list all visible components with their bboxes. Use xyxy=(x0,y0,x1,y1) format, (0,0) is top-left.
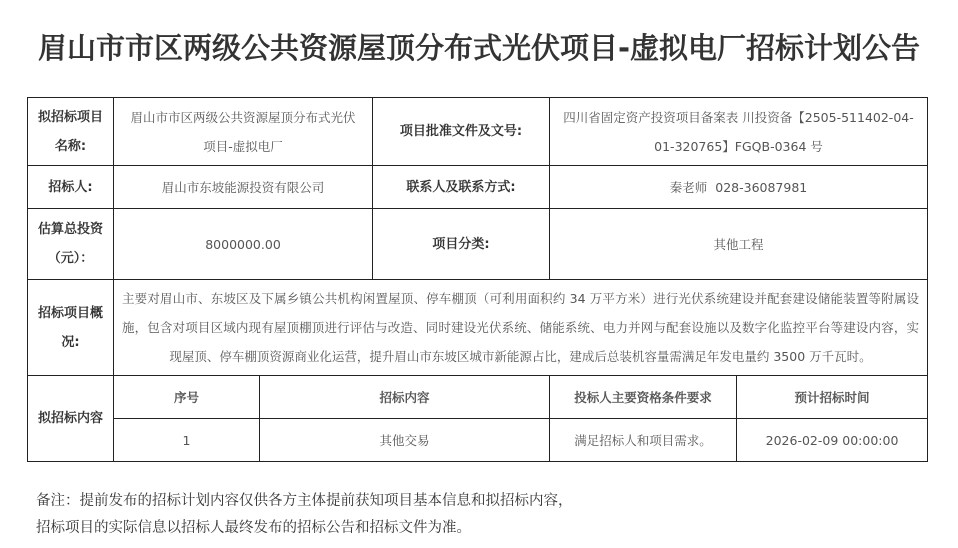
header-expected-time: 预计招标时间 xyxy=(737,376,928,419)
table-row: 1 其他交易 满足招标人和项目需求。 2026-02-09 00:00:00 xyxy=(28,419,928,462)
project-name-label: 拟招标项目 名称: xyxy=(28,98,114,166)
contact-label: 联系人及联系方式: xyxy=(373,166,550,209)
category-value: 其他工程 xyxy=(550,209,928,280)
remark-note: 备注：提前发布的招标计划内容仅供各方主体提前获知项目基本信息和拟招标内容， 招标… xyxy=(36,488,573,542)
row-project-name: 拟招标项目 名称: 眉山市市区两级公共资源屋顶分布式光伏 项目-虚拟电厂 项目批… xyxy=(28,98,928,166)
project-name-value: 眉山市市区两级公共资源屋顶分布式光伏 项目-虚拟电厂 xyxy=(114,98,373,166)
content-header-row: 拟招标内容 序号 招标内容 投标人主要资格条件要求 预计招标时间 xyxy=(28,376,928,419)
tenderer-value: 眉山市东坡能源投资有限公司 xyxy=(114,166,373,209)
investment-label: 估算总投资 （元）： xyxy=(28,209,114,280)
approval-value: 四川省固定资产投资项目备案表 川投资备【2505-511402-04- 01-3… xyxy=(550,98,928,166)
overview-value: 主要对眉山市、东坡区及下属乡镇公共机构闲置屋顶、停车棚顶（可利用面积约 34 万… xyxy=(114,280,928,376)
project-name-value-line2: 项目-虚拟电厂 xyxy=(120,132,366,161)
page-title: 眉山市市区两级公共资源屋顶分布式光伏项目-虚拟电厂招标计划公告 xyxy=(0,28,958,68)
project-name-label-line1: 拟招标项目 xyxy=(34,103,107,132)
contact-value: 秦老师 028-36087981 xyxy=(550,166,928,209)
investment-label-line1: 估算总投资 xyxy=(34,215,107,244)
cell-index: 1 xyxy=(114,419,260,462)
header-index: 序号 xyxy=(114,376,260,419)
remark-line-2: 招标项目的实际信息以招标人最终发布的招标公告和招标文件为准。 xyxy=(36,515,573,542)
tender-info-table: 拟招标项目 名称: 眉山市市区两级公共资源屋顶分布式光伏 项目-虚拟电厂 项目批… xyxy=(27,97,928,462)
cell-qualification: 满足招标人和项目需求。 xyxy=(550,419,737,462)
project-name-value-line1: 眉山市市区两级公共资源屋顶分布式光伏 xyxy=(120,103,366,132)
investment-label-line2: （元）： xyxy=(34,244,107,273)
overview-label-line1: 招标项目概 xyxy=(34,299,107,328)
content-label: 拟招标内容 xyxy=(28,376,114,462)
overview-label: 招标项目概 况: xyxy=(28,280,114,376)
tenderer-label: 招标人: xyxy=(28,166,114,209)
header-qualification: 投标人主要资格条件要求 xyxy=(550,376,737,419)
approval-value-line2: 01-320765】FGQB-0364 号 xyxy=(556,132,921,161)
row-investment: 估算总投资 （元）： 8000000.00 项目分类: 其他工程 xyxy=(28,209,928,280)
remark-line-1: 备注：提前发布的招标计划内容仅供各方主体提前获知项目基本信息和拟招标内容， xyxy=(36,488,573,515)
row-tenderer: 招标人: 眉山市东坡能源投资有限公司 联系人及联系方式: 秦老师 028-360… xyxy=(28,166,928,209)
category-label: 项目分类: xyxy=(373,209,550,280)
row-overview: 招标项目概 况: 主要对眉山市、东坡区及下属乡镇公共机构闲置屋顶、停车棚顶（可利… xyxy=(28,280,928,376)
investment-value: 8000000.00 xyxy=(114,209,373,280)
overview-label-line2: 况: xyxy=(34,328,107,357)
header-content: 招标内容 xyxy=(260,376,550,419)
cell-content: 其他交易 xyxy=(260,419,550,462)
project-name-label-line2: 名称: xyxy=(34,132,107,161)
approval-label: 项目批准文件及文号: xyxy=(373,98,550,166)
approval-value-line1: 四川省固定资产投资项目备案表 川投资备【2505-511402-04- xyxy=(556,103,921,132)
cell-expected-time: 2026-02-09 00:00:00 xyxy=(737,419,928,462)
